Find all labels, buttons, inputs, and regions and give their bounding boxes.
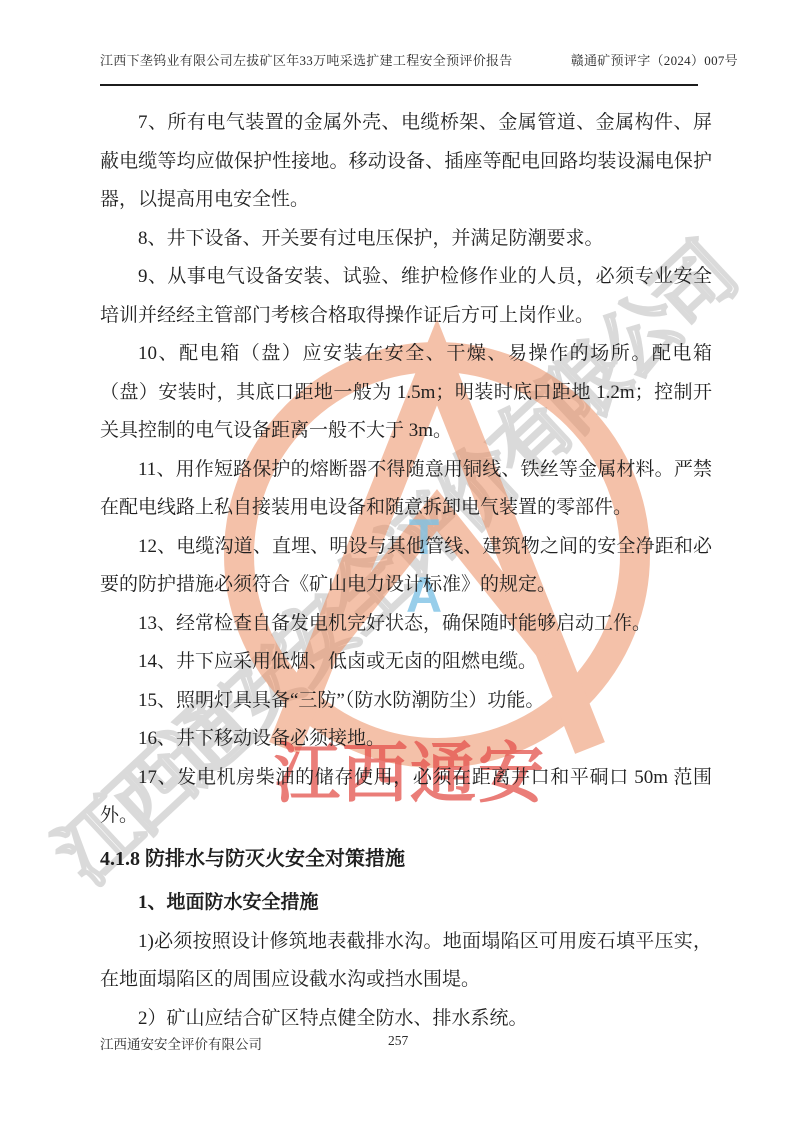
paragraph: 17、发电机房柴油的储存使用，必须在距离井口和平硐口 50m 范围外。 xyxy=(100,759,712,836)
report-title: 江西下垄钨业有限公司左拔矿区年33万吨采选扩建工程安全预评价报告 xyxy=(100,50,513,69)
paragraph: 13、经常检查自备发电机完好状态，确保随时能够启动工作。 xyxy=(100,605,712,644)
paragraph: 8、井下设备、开关要有过电压保护，并满足防潮要求。 xyxy=(100,220,712,259)
paragraph: 16、井下移动设备必须接地。 xyxy=(100,720,712,759)
paragraph: 12、电缆沟道、直埋、明设与其他管线、建筑物之间的安全净距和必要的防护措施必须符… xyxy=(100,528,712,605)
paragraph: 7、所有电气装置的金属外壳、电缆桥架、金属管道、金属构件、屏蔽电缆等均应做保护性… xyxy=(100,104,712,220)
document-body: 7、所有电气装置的金属外壳、电缆桥架、金属管道、金属构件、屏蔽电缆等均应做保护性… xyxy=(100,104,712,1038)
paragraph: 10、配电箱（盘）应安装在安全、干燥、易操作的场所。配电箱（盘）安装时，其底口距… xyxy=(100,335,712,451)
sub-heading: 1、地面防水安全措施 xyxy=(100,884,712,923)
paragraph: 11、用作短路保护的熔断器不得随意用铜线、铁丝等金属材料。严禁在配电线路上私自接… xyxy=(100,451,712,528)
paragraph: 9、从事电气设备安装、试验、维护检修作业的人员，必须专业安全培训并经经主管部门考… xyxy=(100,258,712,335)
paragraph: 14、井下应采用低烟、低卤或无卤的阻燃电缆。 xyxy=(100,643,712,682)
page-footer: 江西通安安全评价有限公司 257 xyxy=(100,1033,738,1053)
paragraph: 15、照明灯具具备“三防”（防水防潮防尘）功能。 xyxy=(100,682,712,721)
page-number: 257 xyxy=(388,1033,408,1049)
footer-company-name: 江西通安安全评价有限公司 xyxy=(100,1037,262,1052)
section-heading: 4.1.8 防排水与防灭火安全对策措施 xyxy=(100,840,712,879)
header-divider xyxy=(100,84,698,86)
paragraph: 1)必须按照设计修筑地表截排水沟。地面塌陷区可用废石填平压实，在地面塌陷区的周围… xyxy=(100,923,712,1000)
document-page: 江西通安安全评价有限公司 T A 江西通安 江西下垄钨业有限公司左拔矿区年33万… xyxy=(0,0,800,1131)
document-number: 赣通矿预评字（2024）007号 xyxy=(571,50,738,69)
page-header: 江西下垄钨业有限公司左拔矿区年33万吨采选扩建工程安全预评价报告 赣通矿预评字（… xyxy=(100,50,738,69)
